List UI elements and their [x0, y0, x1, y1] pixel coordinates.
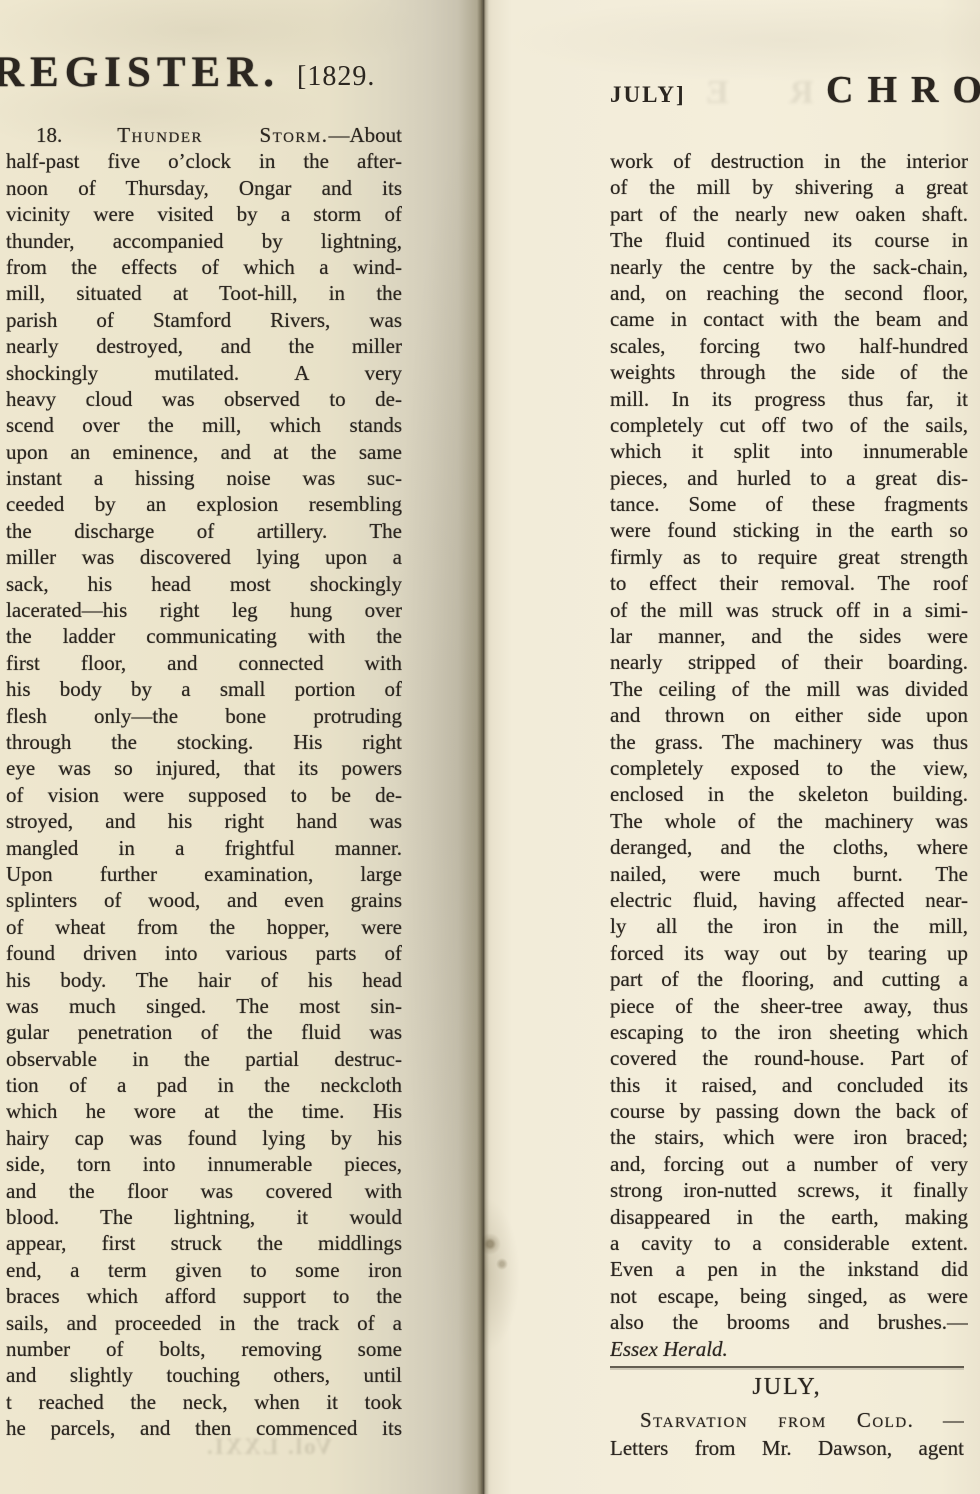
text-line: weights through the side of the	[610, 359, 968, 385]
right-page: R E JULY] CHRO work of destruction in th…	[482, 0, 980, 1494]
text-line: The fluid continued its course in	[610, 227, 968, 253]
text-line: scend over the mill, which stands	[6, 412, 402, 438]
text-line: parish of Stamford Rivers, was	[6, 307, 402, 333]
text-line: were found sticking in the earth so	[610, 517, 968, 543]
text-line: of vision were supposed to be de-	[6, 782, 402, 808]
text-line: mill. In its progress thus far, it	[610, 386, 968, 412]
text-line: end, a term given to some iron	[6, 1257, 402, 1283]
text-line: shockingly mutilated. A very	[6, 360, 402, 386]
text-line: of the mill by shivering a great	[610, 174, 968, 200]
text-line: sails, and proceeded in the track of a	[6, 1310, 402, 1336]
text-line: observable in the partial destruc-	[6, 1046, 402, 1072]
text-line: forced its way out by tearing up	[610, 940, 968, 966]
text-line: scales, forcing two half-hundred	[610, 333, 968, 359]
text-line: mill, situated at Toot-hill, in the	[6, 280, 402, 306]
text-line: tance. Some of these fragments	[610, 491, 968, 517]
text-line: miller was discovered lying upon a	[6, 544, 402, 570]
text-line: came in contact with the beam and	[610, 306, 968, 332]
text-line: deranged, and the cloths, where	[610, 834, 968, 860]
text-line: Essex Herald.	[610, 1336, 968, 1362]
text-line: was much singed. The most sin-	[6, 993, 402, 1019]
text-line: Even a pen in the inkstand did	[610, 1256, 968, 1282]
text-line: and, forcing out a number of very	[610, 1151, 968, 1177]
text-line: strong iron-nutted screws, it finally	[610, 1177, 968, 1203]
text-line: the stairs, which were iron braced;	[610, 1124, 968, 1150]
right-page-body: work of destruction in the interiorof th…	[610, 148, 968, 1362]
text-line: course by passing down the back of	[610, 1098, 968, 1124]
text-line: lacerated—his right leg hung over	[6, 597, 402, 623]
text-line: his body. The hair of his head	[6, 967, 402, 993]
book-scan: REGISTER. [1829. 18. Thunder Storm.—Abou…	[0, 0, 980, 1494]
text-line: ly all the iron in the mill,	[610, 913, 968, 939]
text-line: of the mill was struck off in a simi-	[610, 597, 968, 623]
bleed-text: R E	[680, 74, 814, 112]
section-body: Starvation from Cold. —Letters from Mr. …	[610, 1407, 964, 1462]
text-line: braces which afford support to the	[6, 1283, 402, 1309]
text-line: this it raised, and concluded its	[610, 1072, 968, 1098]
text-line: which he wore at the time. His	[6, 1098, 402, 1124]
text-line: lar manner, and the sides were	[610, 623, 968, 649]
text-line: nearly the centre by the sack-chain,	[610, 254, 968, 280]
right-running-head: CHRO	[826, 68, 980, 112]
text-line: he parcels, and then commenced its	[6, 1415, 402, 1441]
text-line: nearly stripped of their boarding.	[610, 649, 968, 675]
text-line: noon of Thursday, Ongar and its	[6, 175, 402, 201]
text-line: eye was so injured, that its powers	[6, 755, 402, 781]
section-divider	[610, 1366, 964, 1368]
text-line: the grass. The machinery was thus	[610, 729, 968, 755]
text-line: part of the nearly new oaken shaft.	[610, 201, 968, 227]
text-line: Letters from Mr. Dawson, agent	[610, 1435, 964, 1463]
left-page-body: 18. Thunder Storm.—Abouthalf-past five o…	[6, 122, 402, 1442]
section-heading: JULY,	[610, 1374, 964, 1401]
left-running-head: REGISTER.	[0, 48, 280, 97]
text-line: gular penetration of the fluid was	[6, 1019, 402, 1045]
text-line: heavy cloud was observed to de-	[6, 386, 402, 412]
text-line: the ladder communicating with the	[6, 623, 402, 649]
right-month-ref: JULY]	[610, 82, 686, 108]
book-spine	[477, 0, 489, 1494]
text-line: The whole of the machinery was	[610, 808, 968, 834]
text-line: through the stocking. His right	[6, 729, 402, 755]
text-line: 18. Thunder Storm.—About	[6, 122, 402, 148]
text-line: upon an eminence, and at the same	[6, 439, 402, 465]
text-line: and thrown on either side upon	[610, 702, 968, 728]
text-line: ceeded by an explosion resembling	[6, 491, 402, 517]
text-line: found driven into various parts of	[6, 940, 402, 966]
text-line: and, on reaching the second floor,	[610, 280, 968, 306]
text-line: firmly as to require great strength	[610, 544, 968, 570]
text-line: side, torn into innumerable pieces,	[6, 1151, 402, 1177]
text-line: Starvation from Cold. —	[610, 1407, 964, 1435]
left-page: REGISTER. [1829. 18. Thunder Storm.—Abou…	[0, 0, 482, 1494]
text-line: his body by a small portion of	[6, 676, 402, 702]
text-line: of wheat from the hopper, were	[6, 914, 402, 940]
text-line: disappeared in the earth, making	[610, 1204, 968, 1230]
text-line: Upon further examination, large	[6, 861, 402, 887]
text-line: and slightly touching others, until	[6, 1362, 402, 1388]
text-line: completely cut off two of the sails,	[610, 412, 968, 438]
text-line: instant a hissing noise was suc-	[6, 465, 402, 491]
text-line: a cavity to a considerable extent.	[610, 1230, 968, 1256]
text-line: pieces, and hurled to a great dis-	[610, 465, 968, 491]
text-line: first floor, and connected with	[6, 650, 402, 676]
text-line: enclosed in the skeleton building.	[610, 781, 968, 807]
text-line: from the effects of which a wind-	[6, 254, 402, 280]
text-line: vicinity were visited by a storm of	[6, 201, 402, 227]
text-line: mangled in a frightful manner.	[6, 835, 402, 861]
text-line: sack, his head most shockingly	[6, 571, 402, 597]
text-line: also the brooms and brushes.—	[610, 1309, 968, 1335]
text-line: hairy cap was found lying by his	[6, 1125, 402, 1151]
text-line: which it split into innumerable	[610, 438, 968, 464]
text-line: completely exposed to the view,	[610, 755, 968, 781]
text-line: the discharge of artillery. The	[6, 518, 402, 544]
text-line: to effect their removal. The roof	[610, 570, 968, 596]
text-line: work of destruction in the interior	[610, 148, 968, 174]
text-line: part of the flooring, and cutting a	[610, 966, 968, 992]
text-line: covered the round-house. Part of	[610, 1045, 968, 1071]
text-line: not escape, being singed, as were	[610, 1283, 968, 1309]
text-line: electric fluid, having affected near-	[610, 887, 968, 913]
text-line: piece of the sheer-tree away, thus	[610, 993, 968, 1019]
text-line: half-past five o’clock in the after-	[6, 148, 402, 174]
text-line: number of bolts, removing some	[6, 1336, 402, 1362]
text-line: appear, first struck the middlings	[6, 1230, 402, 1256]
text-line: The ceiling of the mill was divided	[610, 676, 968, 702]
text-line: thunder, accompanied by lightning,	[6, 228, 402, 254]
left-year-ref: [1829.	[297, 61, 375, 93]
text-line: escaping to the iron sheeting which	[610, 1019, 968, 1045]
text-line: flesh only—the bone protruding	[6, 703, 402, 729]
text-line: blood. The lightning, it would	[6, 1204, 402, 1230]
text-line: t reached the neck, when it took	[6, 1389, 402, 1415]
text-line: nearly destroyed, and the miller	[6, 333, 402, 359]
text-line: splinters of wood, and even grains	[6, 887, 402, 913]
text-line: nailed, were much burnt. The	[610, 861, 968, 887]
text-line: stroyed, and his right hand was	[6, 808, 402, 834]
text-line: tion of a pad in the neckcloth	[6, 1072, 402, 1098]
text-line: and the floor was covered with	[6, 1178, 402, 1204]
